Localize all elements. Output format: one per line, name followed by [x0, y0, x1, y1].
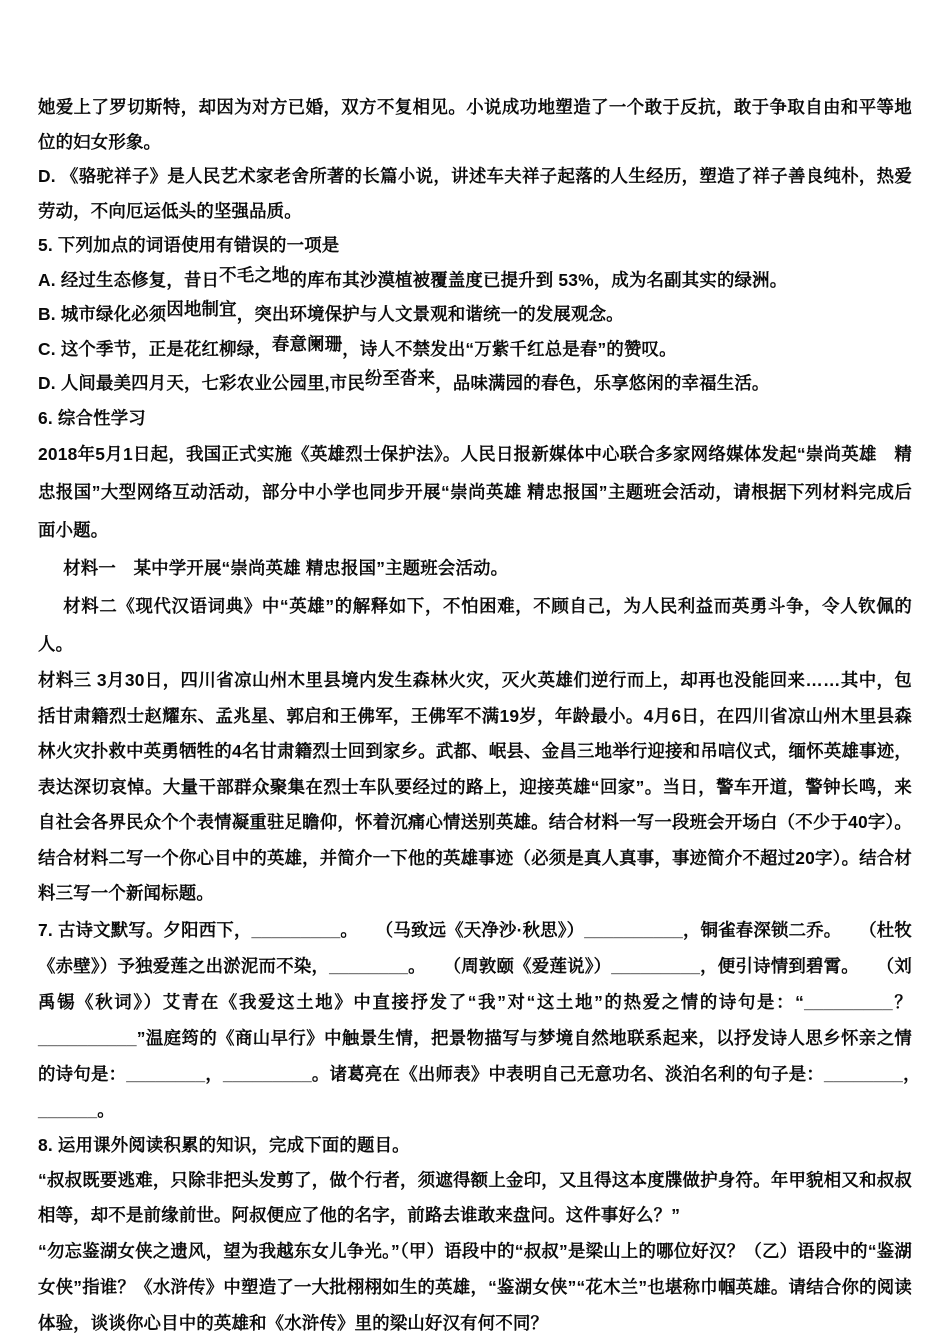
- emphasized-idiom: 春意阑珊: [272, 334, 342, 354]
- option-text-post: 的库布其沙漠植被覆盖度已提升到 53%，成为名副其实的绿洲。: [290, 270, 788, 290]
- q5-option-d: D. 人间最美四月天，七彩农业公园里,市民纷至沓来，品味满园的春色，乐享悠闲的幸…: [38, 366, 912, 401]
- option-text-post: ，突出环境保护与人文景观和谐统一的发展观念。: [237, 304, 624, 324]
- q6-title: 6. 综合性学习: [38, 401, 912, 436]
- q5-title: 5. 下列加点的词语使用有错误的一项是: [38, 228, 912, 263]
- option-text-post: ，品味满园的春色，乐享悠闲的幸福生活。: [435, 373, 769, 393]
- q5-option-a: A. 经过生态修复，昔日不毛之地的库布其沙漠植被覆盖度已提升到 53%，成为名副…: [38, 263, 912, 298]
- q6-intro: 2018年5月1日起，我国正式实施《英雄烈士保护法》。人民日报新媒体中心联合多家…: [38, 435, 912, 549]
- option-text-post: ，诗人不禁发出“万紫千红总是春”的赞叹。: [342, 339, 676, 359]
- option-text-pre: A. 经过生态修复，昔日: [38, 270, 219, 290]
- q6-material-1: 材料一 某中学开展“崇尚英雄 精忠报国”主题班会活动。: [38, 549, 912, 587]
- option-text-pre: C. 这个季节，正是花红柳绿，: [38, 339, 272, 359]
- q4-option-c-tail: 她爱上了罗切斯特，却因为对方已婚，双方不复相见。小说成功地塑造了一个敢于反抗，敢…: [38, 90, 912, 159]
- q8-title: 8. 运用课外阅读积累的知识，完成下面的题目。: [38, 1128, 912, 1163]
- option-text-pre: B. 城市绿化必须: [38, 304, 166, 324]
- option-text-pre: D. 人间最美四月天，七彩农业公园里,市民: [38, 373, 365, 393]
- q6-material-3: 材料三 3月30日，四川省凉山州木里县境内发生森林火灾，灭火英雄们逆行而上，却再…: [38, 663, 912, 912]
- q4-option-d: D. 《骆驼祥子》是人民艺术家老舍所著的长篇小说，讲述车夫祥子起落的人生经历，塑…: [38, 159, 912, 228]
- q8-passage-jia: “叔叔既要逃难，只除非把头发剪了，做个行者，须遮得额上金印，又且得这本度牒做护身…: [38, 1163, 912, 1233]
- emphasized-idiom: 不毛之地: [219, 265, 289, 285]
- q5-option-b: B. 城市绿化必须因地制宜，突出环境保护与人文景观和谐统一的发展观念。: [38, 297, 912, 332]
- q5-option-c: C. 这个季节，正是花红柳绿，春意阑珊，诗人不禁发出“万紫千红总是春”的赞叹。: [38, 332, 912, 367]
- exam-page: 她爱上了罗切斯特，却因为对方已婚，双方不复相见。小说成功地塑造了一个敢于反抗，敢…: [38, 90, 912, 1341]
- q8-passage-yi-and-questions: “勿忘鉴湖女侠之遗风，望为我越东女儿争光。”（甲）语段中的“叔叔”是梁山上的哪位…: [38, 1233, 912, 1341]
- emphasized-idiom: 纷至沓来: [365, 368, 435, 388]
- q6-material-2: 材料二《现代汉语词典》中“英雄”的解释如下，不怕困难，不顾自己，为人民利益而英勇…: [38, 587, 912, 663]
- q7-dictation-text: 7. 古诗文默写。夕阳西下，_________。 （马致远《天净沙·秋思》）__…: [38, 912, 912, 1128]
- emphasized-idiom: 因地制宜: [166, 299, 236, 319]
